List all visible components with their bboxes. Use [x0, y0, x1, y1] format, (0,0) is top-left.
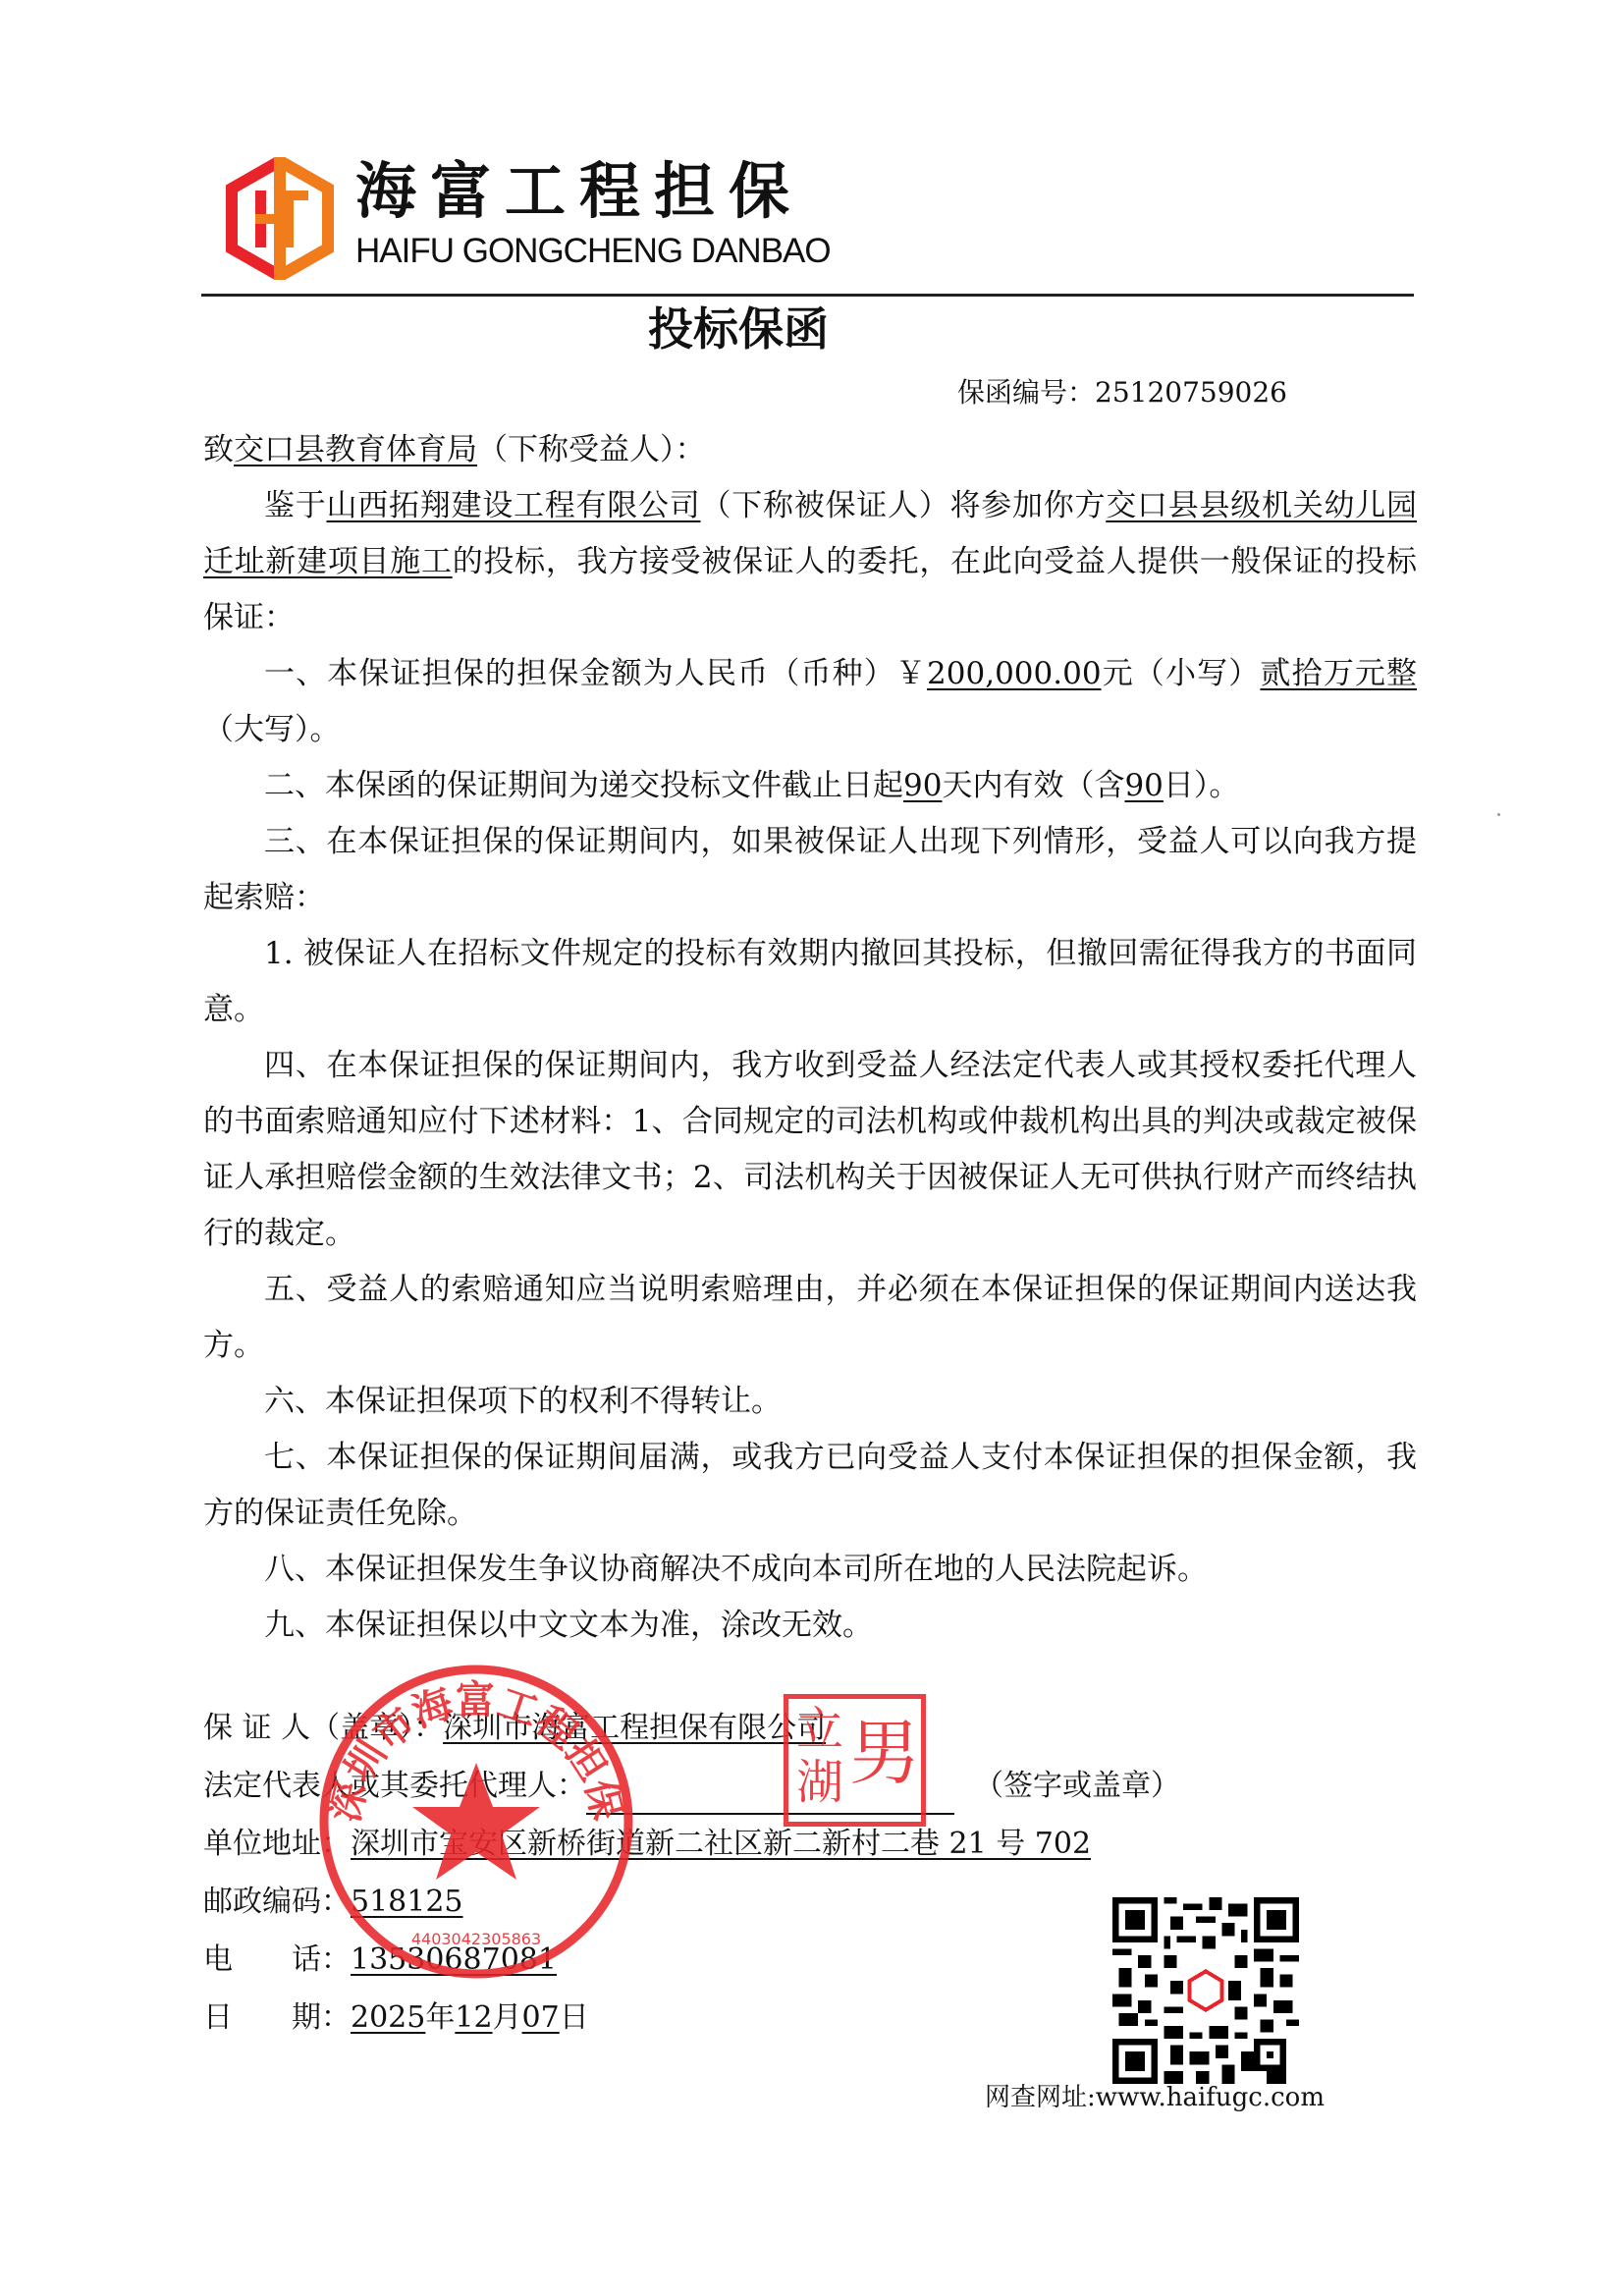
addressee-line: 致交口县教育体育局（下称受益人）： [203, 422, 1417, 478]
company-seal-icon: 深圳市海富工程担保有限公司 4403042305863 [314, 1660, 638, 1984]
clause-2: 二、本保函的保证期间为递交投标文件截止日起90天内有效（含90日）。 [203, 758, 1417, 814]
guarantee-number: 保函编号：25120759026 [957, 371, 1287, 414]
qr-code-icon[interactable] [1112, 1897, 1299, 2084]
date-year: 2025 [351, 2000, 425, 2035]
clause-3-item-1: 1. 被保证人在招标文件规定的投标有效期内撤回其投标，但撤回需征得我方的书面同意… [203, 926, 1417, 1038]
representative-note: （签字或盖章） [974, 1769, 1180, 1803]
clause-4: 四、在本保证担保的保证期间内，我方收到受益人经法定代表人或其授权委托代理人的书面… [203, 1038, 1417, 1262]
clause-1-text-b: 元（小写） [1102, 656, 1261, 691]
intro-paragraph: 鉴于山西拓翔建设工程有限公司（下称被保证人）将参加你方交口县县级机关幼儿园迁址新… [203, 478, 1417, 646]
addressee-prefix: 致 [203, 432, 234, 467]
guarantee-number-label: 保函编号： [957, 376, 1095, 409]
url-link[interactable]: www.haifugc.com [1096, 2083, 1325, 2112]
beneficiary-name: 交口县教育体育局 [234, 432, 477, 467]
clause-1-text-a: 一、本保证担保的担保金额为人民币（币种）￥ [264, 656, 927, 691]
clause-2-text-b: 天内有效（含 [942, 768, 1124, 803]
verification-url: 网查网址:www.haifugc.com [985, 2080, 1325, 2115]
intro-text-2: （下称被保证人）将参加你方 [701, 488, 1107, 523]
clause-8: 八、本保证担保发生争议协商解决不成向本司所在地的人民法院起诉。 [203, 1542, 1417, 1598]
clause-2-text-c: 日）。 [1164, 768, 1240, 803]
amount-figures: 200,000.00 [927, 656, 1102, 691]
principal-name: 山西拓翔建设工程有限公司 [327, 488, 701, 523]
url-label: 网查网址: [985, 2083, 1096, 2112]
clause-9: 九、本保证担保以中文文本为准，涂改无效。 [203, 1598, 1417, 1654]
document-title: 投标保函 [648, 300, 829, 358]
validity-days-inclusive: 90 [1124, 768, 1163, 803]
date-label: 日 期： [203, 2000, 351, 2035]
brand-name-en: HAIFU GONGCHENG DANBAO [355, 232, 831, 271]
header-divider [201, 294, 1414, 297]
brand-name-cn: 海富工程担保 [355, 157, 803, 226]
date-row: 日 期：2025年12月07日 [203, 1989, 1234, 2047]
date-month: 12 [455, 2000, 492, 2035]
date-day: 07 [522, 2000, 560, 2035]
seal-number: 4403042305863 [411, 1930, 541, 1948]
clause-2-text-a: 二、本保函的保证期间为递交投标文件截止日起 [264, 768, 903, 803]
date-month-unit: 月 [493, 2000, 522, 2035]
personal-seal-icon: 立湖 男 [784, 1694, 926, 1827]
clause-1: 一、本保证担保的担保金额为人民币（币种）￥200,000.00元（小写）贰拾万元… [203, 646, 1417, 758]
scan-speck [1497, 813, 1500, 816]
clause-1-text-c: （大写）。 [203, 712, 341, 747]
haifu-logo-icon [226, 157, 334, 280]
clause-6: 六、本保证担保项下的权利不得转让。 [203, 1374, 1417, 1430]
clause-3: 三、在本保证担保的保证期间内，如果被保证人出现下列情形，受益人可以向我方提起索赔… [203, 814, 1417, 926]
clause-5: 五、受益人的索赔通知应当说明索赔理由，并必须在本保证担保的保证期间内送达我方。 [203, 1262, 1417, 1374]
validity-days: 90 [903, 768, 942, 803]
document-body: 致交口县教育体育局（下称受益人）： 鉴于山西拓翔建设工程有限公司（下称被保证人）… [203, 422, 1417, 1654]
clause-7: 七、本保证担保的保证期间届满，或我方已向受益人支付本保证担保的担保金额，我方的保… [203, 1430, 1417, 1542]
amount-words: 贰拾万元整 [1260, 656, 1417, 691]
date-day-unit: 日 [560, 2000, 589, 2035]
intro-text-1: 鉴于 [264, 488, 327, 523]
addressee-suffix: （下称受益人）： [477, 432, 706, 467]
guarantee-number-value: 25120759026 [1095, 376, 1287, 409]
date-year-unit: 年 [425, 2000, 455, 2035]
